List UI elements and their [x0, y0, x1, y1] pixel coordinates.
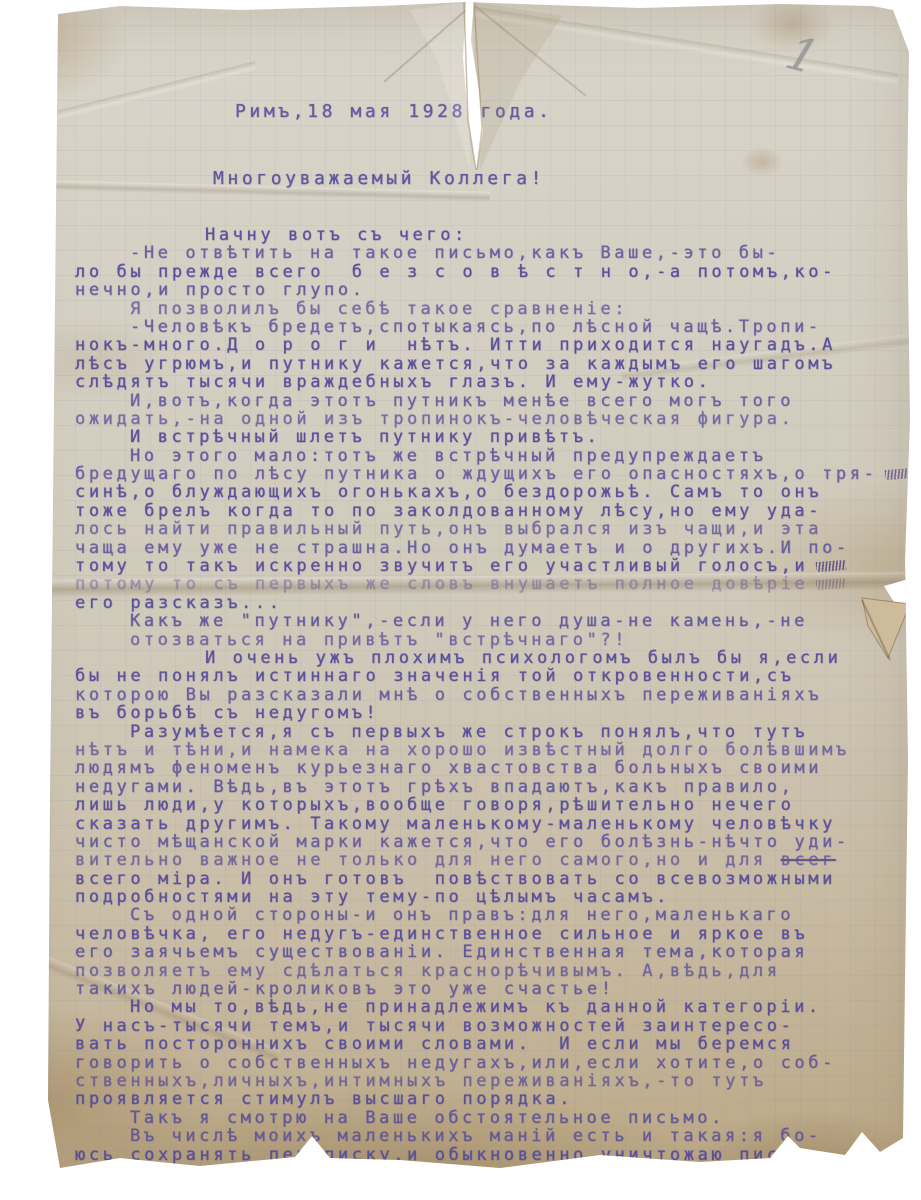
letter-page: 1 Римъ,18 мая 1928 года. Многоуважаемый … — [0, 0, 921, 1200]
letter-line: подробностями на эту тему-по цѣлымъ часа… — [75, 888, 915, 906]
letter-line: потому то съ первыхъ же словъ внушаетъ п… — [75, 575, 915, 593]
letter-line: чисто мѣщанской марки кажется,что его бо… — [75, 833, 915, 851]
letter-line: вительно важное не только для него самог… — [75, 851, 915, 869]
letter-line: слѣдятъ тысячи враждебныхъ глазъ. И ему-… — [75, 373, 915, 391]
letter-line: тоже брелъ когда то по заколдованному лѣ… — [75, 502, 915, 520]
letter-line: нѣтъ и тѣни,и намека на хорошо извѣстный… — [75, 741, 915, 759]
letter-body: Начну вотъ съ чего:-Не отвѣтить на такое… — [75, 226, 915, 1164]
letter-line: его разсказъ... — [75, 594, 915, 612]
letter-line: Такъ я смотрю на Ваше обстоятельное пись… — [75, 1109, 915, 1127]
letter-content: Римъ,18 мая 1928 года. Многоуважаемый Ко… — [0, 0, 921, 1200]
letter-line: такихъ людей-кроликовъ это уже счастье! — [75, 980, 915, 998]
letter-line: Какъ же "путнику",-если у него душа-не к… — [75, 612, 915, 630]
letter-salutation: Многоуважаемый Коллега! — [213, 168, 545, 189]
letter-line: сказать другимъ. Такому маленькому-мален… — [75, 815, 915, 833]
letter-line: -Человѣкъ бредетъ,спотыкаясь,по лѣсной ч… — [75, 318, 915, 336]
letter-line: Но этого мало:тотъ же встрѣчный предупре… — [75, 447, 915, 465]
letter-dateline: Римъ,18 мая 1928 года. — [235, 101, 553, 122]
letter-line: человѣчка, его недугъ-единственное сильн… — [75, 925, 915, 943]
letter-line: людямъ феноменъ курьезнаго хвастовства б… — [75, 759, 915, 777]
letter-line: недугами. Вѣдь,въ этотъ грѣхъ впадаютъ,к… — [75, 778, 915, 796]
letter-line: нечно,и просто глупо. — [75, 281, 915, 299]
letter-line: проявляется стимулъ высшаго порядка. — [75, 1090, 915, 1108]
letter-line: И очень ужъ плохимъ психологомъ былъ бы … — [75, 649, 915, 667]
photo-of-letter: 1 Римъ,18 мая 1928 года. Многоуважаемый … — [0, 0, 921, 1200]
letter-line: позволяетъ ему сдѣлаться краснорѣчивымъ.… — [75, 962, 915, 980]
letter-line: его заячьемъ существованіи. Единственная… — [75, 943, 915, 961]
letter-line: лѣсъ угрюмъ,и путнику кажется,что за каж… — [75, 355, 915, 373]
letter-line: Разумѣется,я съ первыхъ же строкъ понялъ… — [75, 723, 915, 741]
letter-line: ственныхъ,личныхъ,интимныхъ переживаніях… — [75, 1072, 915, 1090]
letter-line: Начну вотъ съ чего: — [75, 226, 915, 244]
letter-line: говорить о собственныхъ недугахъ,или,есл… — [75, 1054, 915, 1072]
letter-line: въ борьбѣ съ недугомъ! — [75, 704, 915, 722]
letter-line: Но мы то,вѣдь,не принадлежимъ къ данной … — [75, 998, 915, 1016]
letter-line: У насъ-тысячи темъ,и тысячи возможностей… — [75, 1017, 915, 1035]
letter-line: тому то такъ искренно звучитъ его участл… — [75, 557, 915, 575]
ink-scribble — [816, 560, 847, 572]
letter-line: ожидать,-на одной изъ тропинокъ-человѣче… — [75, 410, 915, 428]
letter-line: Я позволилъ бы себѣ такое сравненіе: — [75, 300, 915, 318]
letter-line: отозваться на привѣтъ "встрѣчнаго"?! — [75, 631, 915, 649]
letter-line: лишь люди,у которыхъ,вообще говоря,рѣшит… — [75, 796, 915, 814]
letter-line: Въ числѣ моихъ маленькихъ маній есть и т… — [75, 1127, 915, 1145]
letter-line: которою Вы разсказали мнѣ о собственныхъ… — [75, 686, 915, 704]
letter-line: ло бы прежде всего б е з с о в ѣ с т н о… — [75, 263, 915, 281]
letter-line: -Не отвѣтить на такое письмо,какъ Ваше,-… — [75, 244, 915, 262]
letter-line: юсь сохранять переписку,и обыкновенно ун… — [75, 1146, 915, 1164]
letter-line: нокъ-много.Д о р о г и нѣтъ. Итти приход… — [75, 336, 915, 354]
letter-line: чаща ему уже не страшна.Но онъ думаетъ и… — [75, 539, 915, 557]
letter-line: синѣ,о блуждающихъ огонькахъ,о бездорожь… — [75, 483, 915, 501]
ink-scribble — [885, 468, 916, 480]
letter-line: всего міра. И онъ готовъ повѣствовать со… — [75, 870, 915, 888]
letter-line: И встрѣчный шлетъ путнику привѣтъ. — [75, 428, 915, 446]
ink-scribble — [816, 578, 847, 590]
letter-line: лось найти правильный путь,онъ выбрался … — [75, 520, 915, 538]
letter-line: вать постороннихъ своими словами. И если… — [75, 1035, 915, 1053]
letter-line: Съ одной стороны-и онъ правъ:для него,ма… — [75, 906, 915, 924]
letter-line: бы не понялъ истиннаго значенія той откр… — [75, 667, 915, 685]
letter-line: бредущаго по лѣсу путника о ждущихъ его … — [75, 465, 915, 483]
letter-line: И,вотъ,когда этотъ путникъ менѣе всего м… — [75, 392, 915, 410]
